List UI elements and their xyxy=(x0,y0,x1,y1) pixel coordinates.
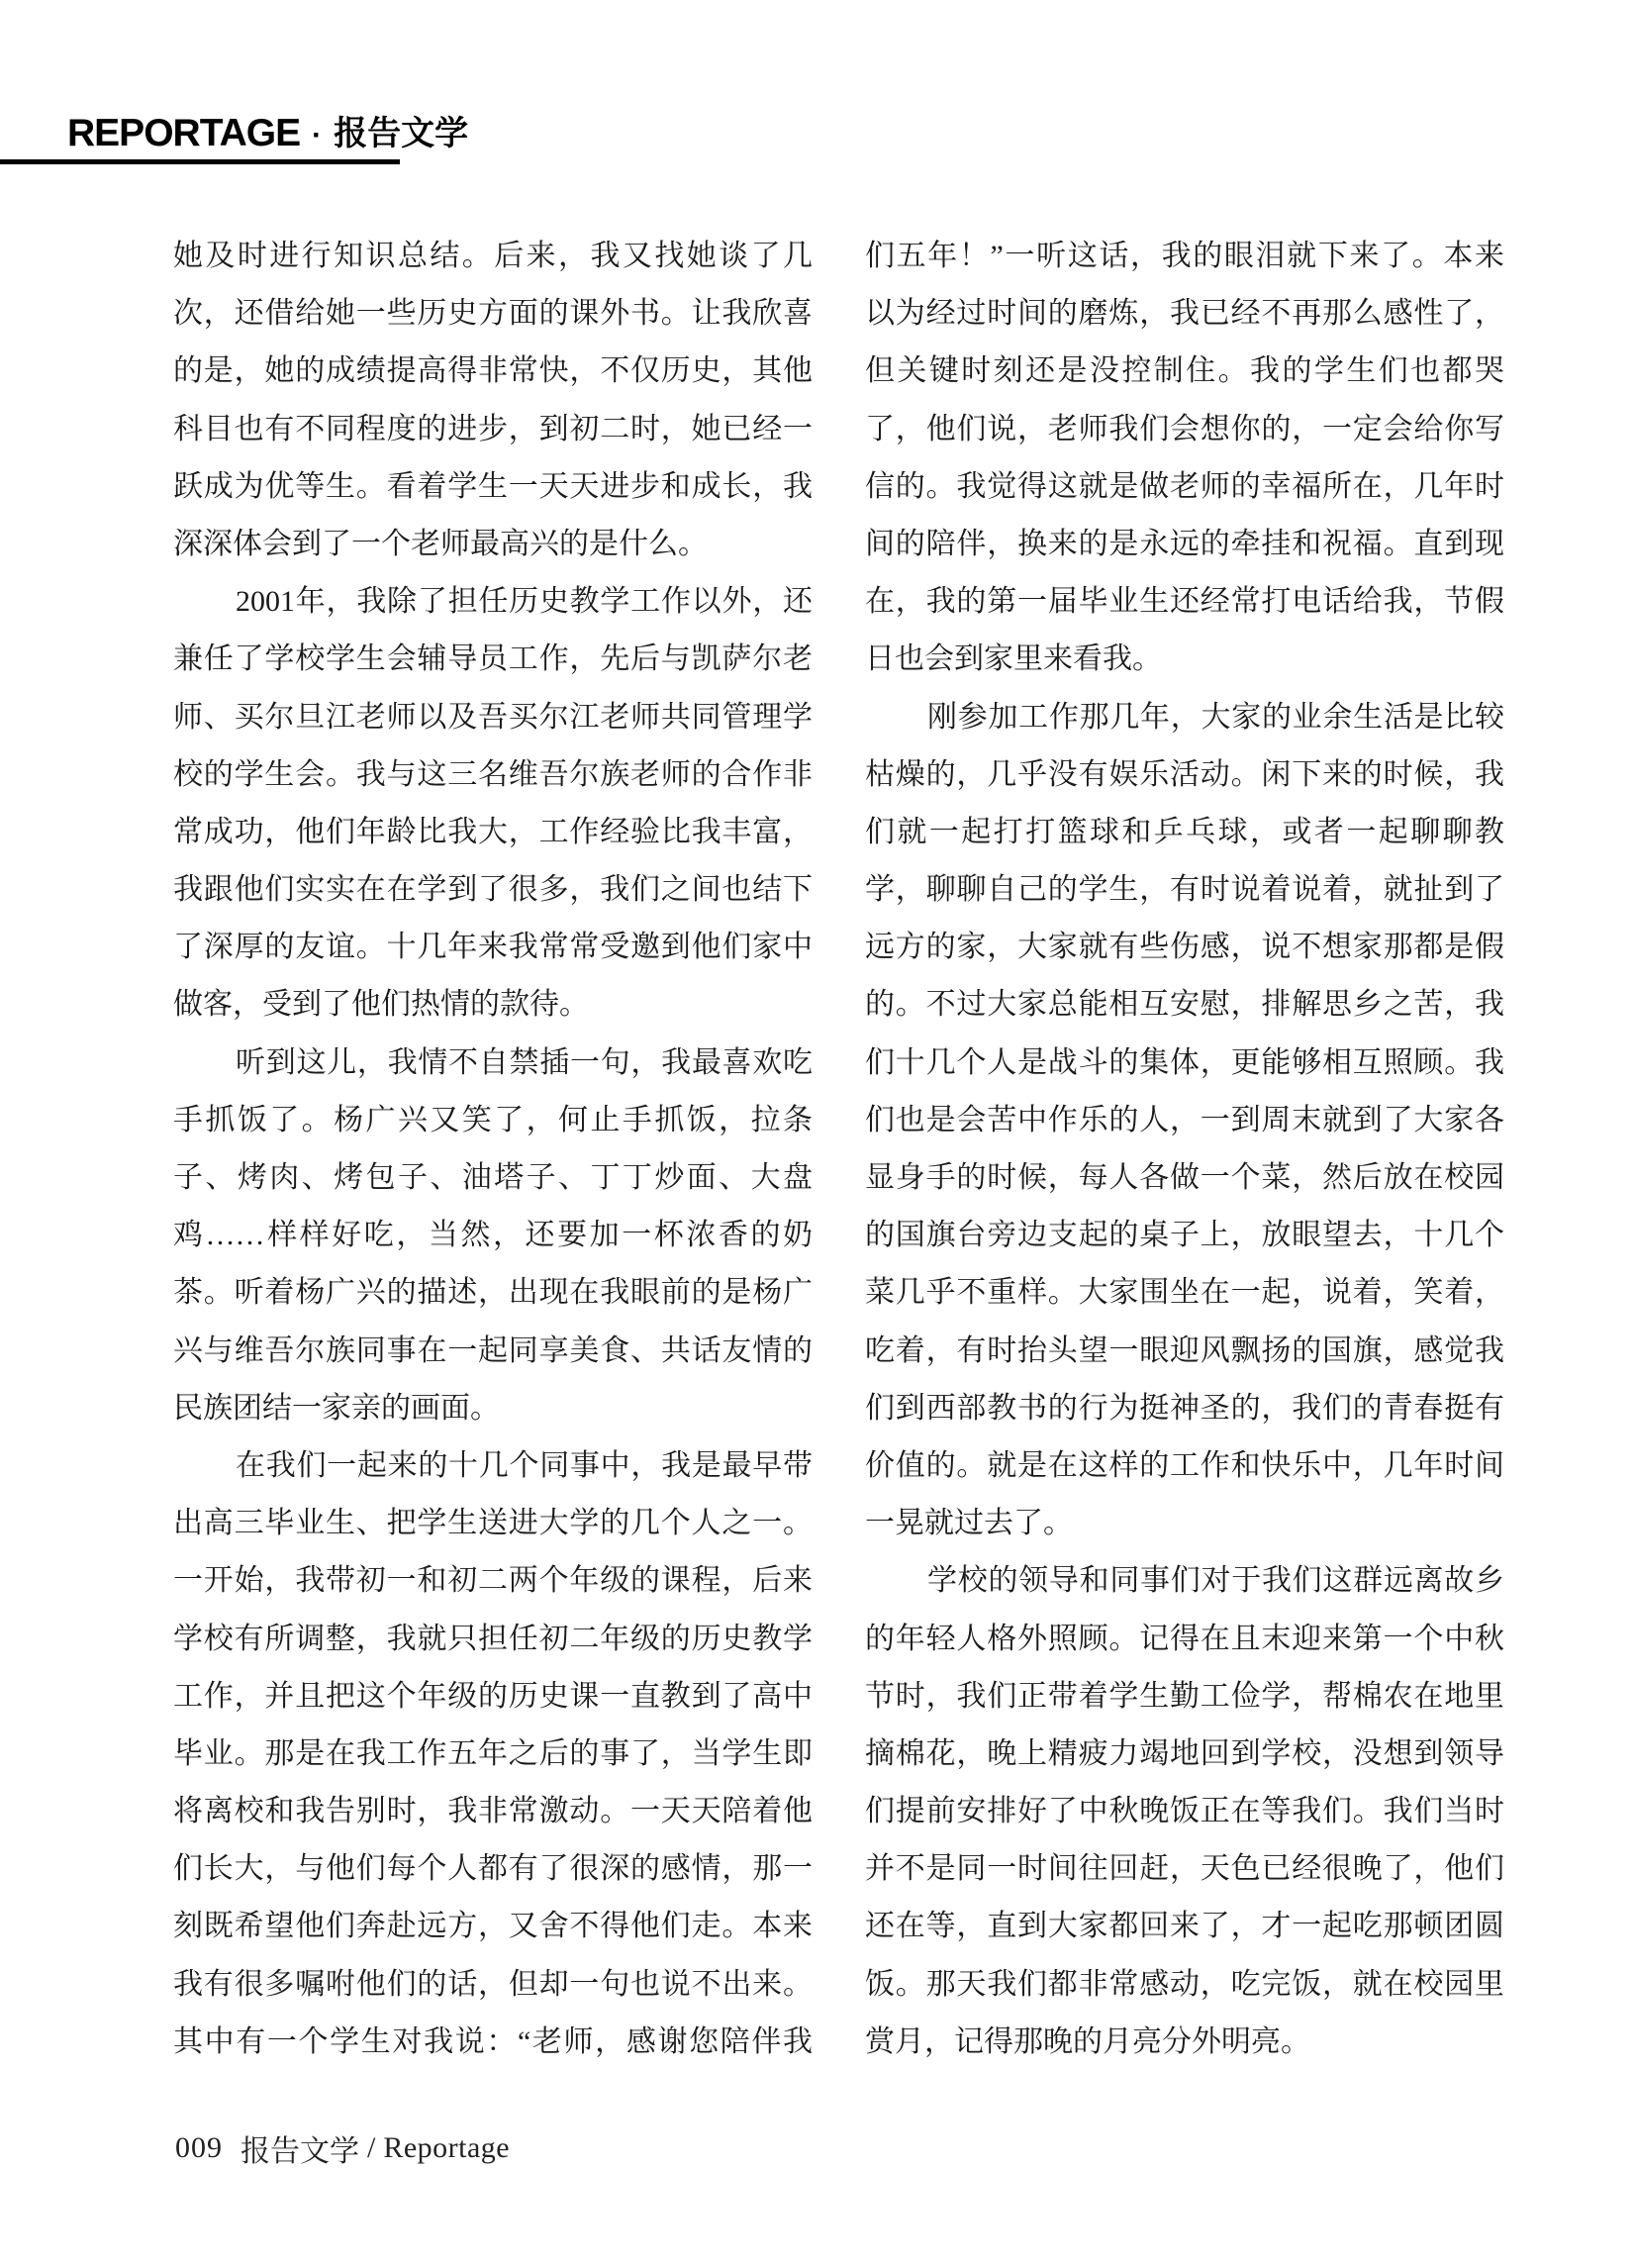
text-line: 学校的领导和同事们对于我们这群远离故乡 xyxy=(865,1552,1504,1610)
header-rule xyxy=(0,159,400,164)
text-line: 民族团结一家亲的画面。 xyxy=(173,1380,813,1437)
text-line: 在我们一起来的十几个同事中，我是最早带 xyxy=(173,1437,813,1495)
text-line: 子、烤肉、烤包子、油塔子、丁丁炒面、大盘 xyxy=(173,1149,813,1207)
text-line: 校的学生会。我与这三名维吾尔族老师的合作非 xyxy=(173,746,813,804)
text-line: 了，他们说，老师我们会想你的，一定会给你写 xyxy=(865,401,1504,458)
text-line: 信的。我觉得这就是做老师的幸福所在，几年时 xyxy=(865,458,1504,516)
text-line: 2001年，我除了担任历史教学工作以外，还 xyxy=(173,573,813,631)
section-heading-zh: 报告文学 xyxy=(334,117,468,152)
text-line: 的是，她的成绩提高得非常快，不仅历史，其他 xyxy=(173,343,813,400)
separator-dot-icon: · xyxy=(312,119,322,153)
text-line: 并不是同一时间往回赶，天色已经很晚了，他们 xyxy=(865,1840,1504,1898)
text-line: 次，还借给她一些历史方面的课外书。让我欣喜 xyxy=(173,285,813,343)
text-line: 节时，我们正带着学生勤工俭学，帮棉农在地里 xyxy=(865,1668,1504,1726)
footer-section-zh: 报告文学 xyxy=(240,2126,359,2170)
section-heading-en: REPORTAGE xyxy=(67,114,300,152)
text-line: 显身手的时候，每人各做一个菜，然后放在校园 xyxy=(865,1149,1504,1207)
text-line: 我有很多嘱咐他们的话，但却一句也说不出来。 xyxy=(173,1956,813,2014)
text-line: 远方的家，大家就有些伤感，说不想家那都是假 xyxy=(865,919,1504,976)
text-line: 工作，并且把这个年级的历史课一直教到了高中 xyxy=(173,1668,813,1726)
text-line: 在，我的第一届毕业生还经常打电话给我，节假 xyxy=(865,573,1504,631)
text-line: 摘棉花，晚上精疲力竭地回到学校，没想到领导 xyxy=(865,1726,1504,1783)
text-line: 们也是会苦中作乐的人，一到周末就到了大家各 xyxy=(865,1092,1504,1149)
text-column-left: 她及时进行知识总结。后来，我又找她谈了几次，还借给她一些历史方面的课外书。让我欣… xyxy=(173,228,813,2071)
text-line: 其中有一个学生对我说：“老师，感谢您陪伴我 xyxy=(173,2014,813,2071)
text-line: 刻既希望他们奔赴远方，又舍不得他们走。本来 xyxy=(173,1898,813,1955)
text-line: 们提前安排好了中秋晚饭正在等我们。我们当时 xyxy=(865,1783,1504,1840)
text-line: 的。不过大家总能相互安慰，排解思乡之苦，我 xyxy=(865,976,1504,1034)
text-line: 们十几个人是战斗的集体，更能够相互照顾。我 xyxy=(865,1035,1504,1092)
text-line: 兴与维吾尔族同事在一起同享美食、共话友情的 xyxy=(173,1323,813,1380)
text-line: 深深体会到了一个老师最高兴的是什么。 xyxy=(173,516,813,573)
text-line: 的国旗台旁边支起的桌子上，放眼望去，十几个 xyxy=(865,1207,1504,1264)
text-line: 赏月，记得那晚的月亮分外明亮。 xyxy=(865,2014,1504,2071)
text-line: 听到这儿，我情不自禁插一句，我最喜欢吃 xyxy=(173,1035,813,1092)
text-line: 的年轻人格外照顾。记得在且末迎来第一个中秋 xyxy=(865,1611,1504,1668)
footer-section-en: Reportage xyxy=(383,2131,510,2165)
magazine-page: REPORTAGE · 报告文学 她及时进行知识总结。后来，我又找她谈了几次，还… xyxy=(0,0,1634,2268)
text-line: 学，聊聊自己的学生，有时说着说着，就扯到了 xyxy=(865,861,1504,919)
text-line: 们五年！”一听这话，我的眼泪就下来了。本来 xyxy=(865,228,1504,285)
text-line: 我跟他们实实在在学到了很多，我们之间也结下 xyxy=(173,861,813,919)
footer-separator: / xyxy=(367,2131,375,2165)
text-line: 师、买尔旦江老师以及吾买尔江老师共同管理学 xyxy=(173,689,813,746)
text-line: 菜几乎不重样。大家围坐在一起，说着，笑着， xyxy=(865,1264,1504,1322)
text-line: 但关键时刻还是没控制住。我的学生们也都哭 xyxy=(865,343,1504,400)
text-line: 以为经过时间的磨炼，我已经不再那么感性了， xyxy=(865,285,1504,343)
text-line: 日也会到家里来看我。 xyxy=(865,631,1504,688)
text-line: 手抓饭了。杨广兴又笑了，何止手抓饭，拉条 xyxy=(173,1092,813,1149)
text-line: 刚参加工作那几年，大家的业余生活是比较 xyxy=(865,689,1504,746)
text-line: 她及时进行知识总结。后来，我又找她谈了几 xyxy=(173,228,813,285)
text-line: 毕业。那是在我工作五年之后的事了，当学生即 xyxy=(173,1726,813,1783)
text-line: 常成功，他们年龄比我大，工作经验比我丰富， xyxy=(173,804,813,861)
text-line: 饭。那天我们都非常感动，吃完饭，就在校园里 xyxy=(865,1956,1504,2014)
text-line: 将离校和我告别时，我非常激动。一天天陪着他 xyxy=(173,1783,813,1840)
text-line: 了深厚的友谊。十几年来我常常受邀到他们家中 xyxy=(173,919,813,976)
text-line: 们长大，与他们每个人都有了很深的感情，那一 xyxy=(173,1840,813,1898)
text-line: 一开始，我带初一和初二两个年级的课程，后来 xyxy=(173,1552,813,1610)
text-line: 科目也有不同程度的进步，到初二时，她已经一 xyxy=(173,401,813,458)
text-line: 吃着，有时抬头望一眼迎风飘扬的国旗，感觉我 xyxy=(865,1323,1504,1380)
text-column-right: 们五年！”一听这话，我的眼泪就下来了。本来以为经过时间的磨炼，我已经不再那么感性… xyxy=(865,228,1504,2071)
text-line: 做客，受到了他们热情的款待。 xyxy=(173,976,813,1034)
text-line: 们到西部教书的行为挺神圣的，我们的青春挺有 xyxy=(865,1380,1504,1437)
text-line: 茶。听着杨广兴的描述，出现在我眼前的是杨广 xyxy=(173,1264,813,1322)
text-line: 们就一起打打篮球和乒乓球，或者一起聊聊教 xyxy=(865,804,1504,861)
text-line: 枯燥的，几乎没有娱乐活动。闲下来的时候，我 xyxy=(865,746,1504,804)
section-heading: REPORTAGE · 报告文学 xyxy=(67,109,468,152)
text-line: 出高三毕业生、把学生送进大学的几个人之一。 xyxy=(173,1495,813,1552)
page-number: 009 xyxy=(175,2131,223,2165)
page-footer: 009 报告文学 / Reportage xyxy=(175,2128,510,2168)
text-line: 兼任了学校学生会辅导员工作，先后与凯萨尔老 xyxy=(173,631,813,688)
text-line: 学校有所调整，我就只担任初二年级的历史教学 xyxy=(173,1611,813,1668)
text-line: 间的陪伴，换来的是永远的牵挂和祝福。直到现 xyxy=(865,516,1504,573)
text-line: 价值的。就是在这样的工作和快乐中，几年时间 xyxy=(865,1437,1504,1495)
text-line: 鸡……样样好吃，当然，还要加一杯浓香的奶 xyxy=(173,1207,813,1264)
text-line: 还在等，直到大家都回来了，才一起吃那顿团圆 xyxy=(865,1898,1504,1955)
text-line: 跃成为优等生。看着学生一天天进步和成长，我 xyxy=(173,458,813,516)
text-line: 一晃就过去了。 xyxy=(865,1495,1504,1552)
